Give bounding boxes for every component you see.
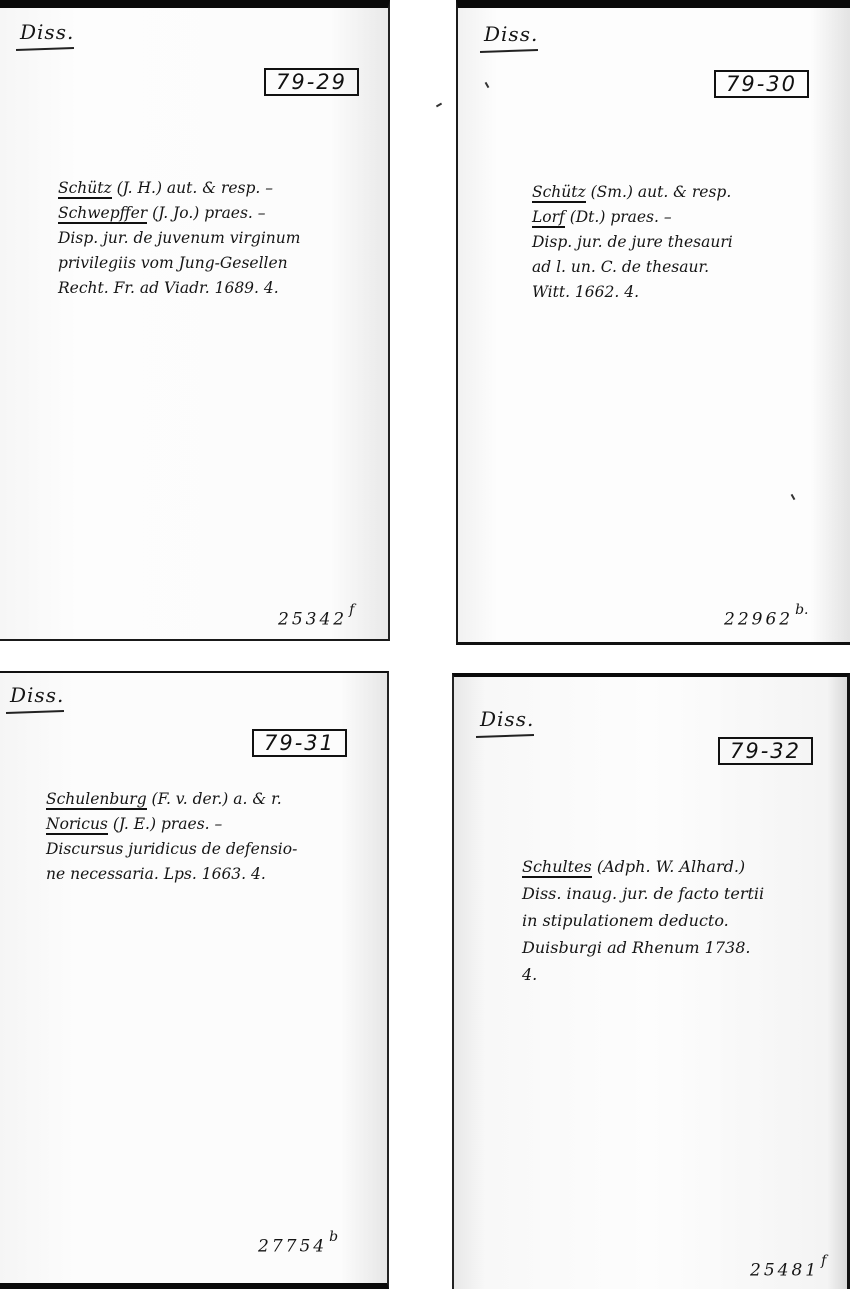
accession-number: 25481f — [750, 1257, 826, 1281]
card-entry: Schütz (J. H.) aut. & resp. – Schwepffer… — [58, 176, 300, 301]
entry-line: Witt. 1662. 4. — [532, 280, 733, 305]
entry-line: 4. — [522, 961, 764, 988]
shelfmark-box: 79-32 — [718, 737, 813, 765]
entry-line: in stipulationem deducto. — [522, 907, 764, 934]
entry-line: Disp. jur. de jure thesauri — [532, 230, 733, 255]
catalog-card: Diss. 79-30 Schütz (Sm.) aut. & resp. Lo… — [456, 0, 850, 645]
card-entry: Schultes (Adph. W. Alhard.) Diss. inaug.… — [522, 853, 764, 988]
entry-line: Schulenburg (F. v. der.) a. & r. — [46, 787, 297, 812]
card-header: Diss. — [10, 683, 64, 707]
praeses-name: Lorf — [532, 208, 565, 228]
card-entry: Schulenburg (F. v. der.) a. & r. Noricus… — [46, 787, 297, 887]
entry-line: Discursus juridicus de defensio- — [46, 837, 297, 862]
entry-line: Recht. Fr. ad Viadr. 1689. 4. — [58, 276, 300, 301]
entry-line: ne necessaria. Lps. 1663. 4. — [46, 862, 297, 887]
catalog-card: Diss. 79-31 Schulenburg (F. v. der.) a. … — [0, 671, 389, 1289]
shelfmark-box: 79-31 — [252, 729, 347, 757]
card-entry: Schütz (Sm.) aut. & resp. Lorf (Dt.) pra… — [532, 180, 733, 305]
praeses-name: Schwepffer — [58, 204, 147, 224]
author-name: Schultes — [522, 857, 592, 878]
card-header: Diss. — [484, 22, 538, 46]
entry-line: Schwepffer (J. Jo.) praes. – — [58, 201, 300, 226]
scan-mark — [791, 494, 796, 500]
author-name: Schütz — [532, 183, 586, 203]
entry-line: Lorf (Dt.) praes. – — [532, 205, 733, 230]
card-header: Diss. — [20, 20, 74, 44]
praeses-name: Noricus — [46, 815, 108, 835]
entry-line: ad l. un. C. de thesaur. — [532, 255, 733, 280]
entry-line: privilegiis vom Jung-Gesellen — [58, 251, 300, 276]
scan-mark — [436, 103, 442, 108]
author-name: Schütz — [58, 179, 112, 199]
entry-line: Duisburgi ad Rhenum 1738. — [522, 934, 764, 961]
catalog-card: Diss. 79-29 Schütz (J. H.) aut. & resp. … — [0, 0, 390, 641]
card-header: Diss. — [480, 707, 534, 731]
catalog-card: Diss. 79-32 Schultes (Adph. W. Alhard.) … — [452, 673, 850, 1289]
entry-line: Diss. inaug. jur. de facto tertii — [522, 880, 764, 907]
entry-line: Disp. jur. de juvenum virginum — [58, 226, 300, 251]
accession-number: 25342f — [278, 606, 354, 630]
author-name: Schulenburg — [46, 790, 147, 810]
shelfmark-box: 79-30 — [714, 70, 809, 98]
entry-line: Schütz (Sm.) aut. & resp. — [532, 180, 733, 205]
accession-number: 27754b — [258, 1233, 338, 1257]
scan-mark — [485, 82, 490, 88]
entry-line: Schütz (J. H.) aut. & resp. – — [58, 176, 300, 201]
accession-number: 22962b. — [724, 606, 809, 630]
entry-line: Schultes (Adph. W. Alhard.) — [522, 853, 764, 880]
entry-line: Noricus (J. E.) praes. – — [46, 812, 297, 837]
shelfmark-box: 79-29 — [264, 68, 359, 96]
